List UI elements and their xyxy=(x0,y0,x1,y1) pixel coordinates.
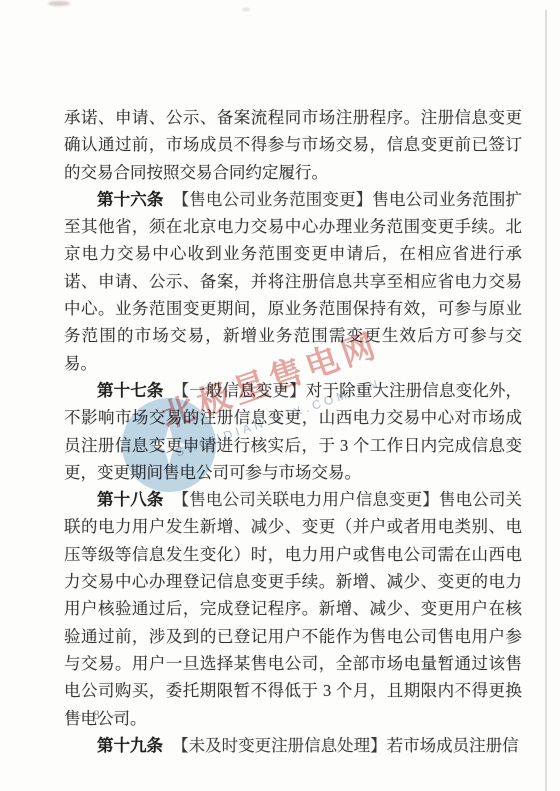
article-number: 第十九条 xyxy=(97,736,163,755)
paragraph-text: 售电公司关联的电力用户发生新增、减少、变更（并户或者用电类别、电压等级等信息发生… xyxy=(64,490,522,727)
article-title: 【售电公司业务范围变更】 xyxy=(173,190,373,209)
article-title: 【售电公司关联电力用户信息变更】 xyxy=(173,490,439,509)
scan-edge-line xyxy=(545,10,547,791)
article-number: 第十八条 xyxy=(97,490,164,509)
article-number: 第十七条 xyxy=(97,381,164,400)
paragraph-text: 若市场成员注册信 xyxy=(387,736,519,755)
paragraph-article-19: 第十九条【未及时变更注册信息处理】若市场成员注册信 xyxy=(64,732,522,759)
article-title: 【未及时变更注册信息处理】 xyxy=(172,736,387,755)
paragraph-article-18: 第十八条【售电公司关联电力用户信息变更】售电公司关联的电力用户发生新增、减少、变… xyxy=(64,486,522,732)
scan-artifact-top-left xyxy=(48,1,70,6)
document-page: 承诺、申请、公示、备案流程同市场注册程序。注册信息变更确认通过前，市场成员不得参… xyxy=(0,0,560,791)
scan-artifact-top-center xyxy=(242,8,250,11)
article-number: 第十六条 xyxy=(97,190,164,209)
paragraph-text: 承诺、申请、公示、备案流程同市场注册程序。注册信息变更确认通过前，市场成员不得参… xyxy=(64,108,522,182)
page-number: — 8 — xyxy=(68,707,126,723)
paragraph-continuation: 承诺、申请、公示、备案流程同市场注册程序。注册信息变更确认通过前，市场成员不得参… xyxy=(64,104,522,186)
